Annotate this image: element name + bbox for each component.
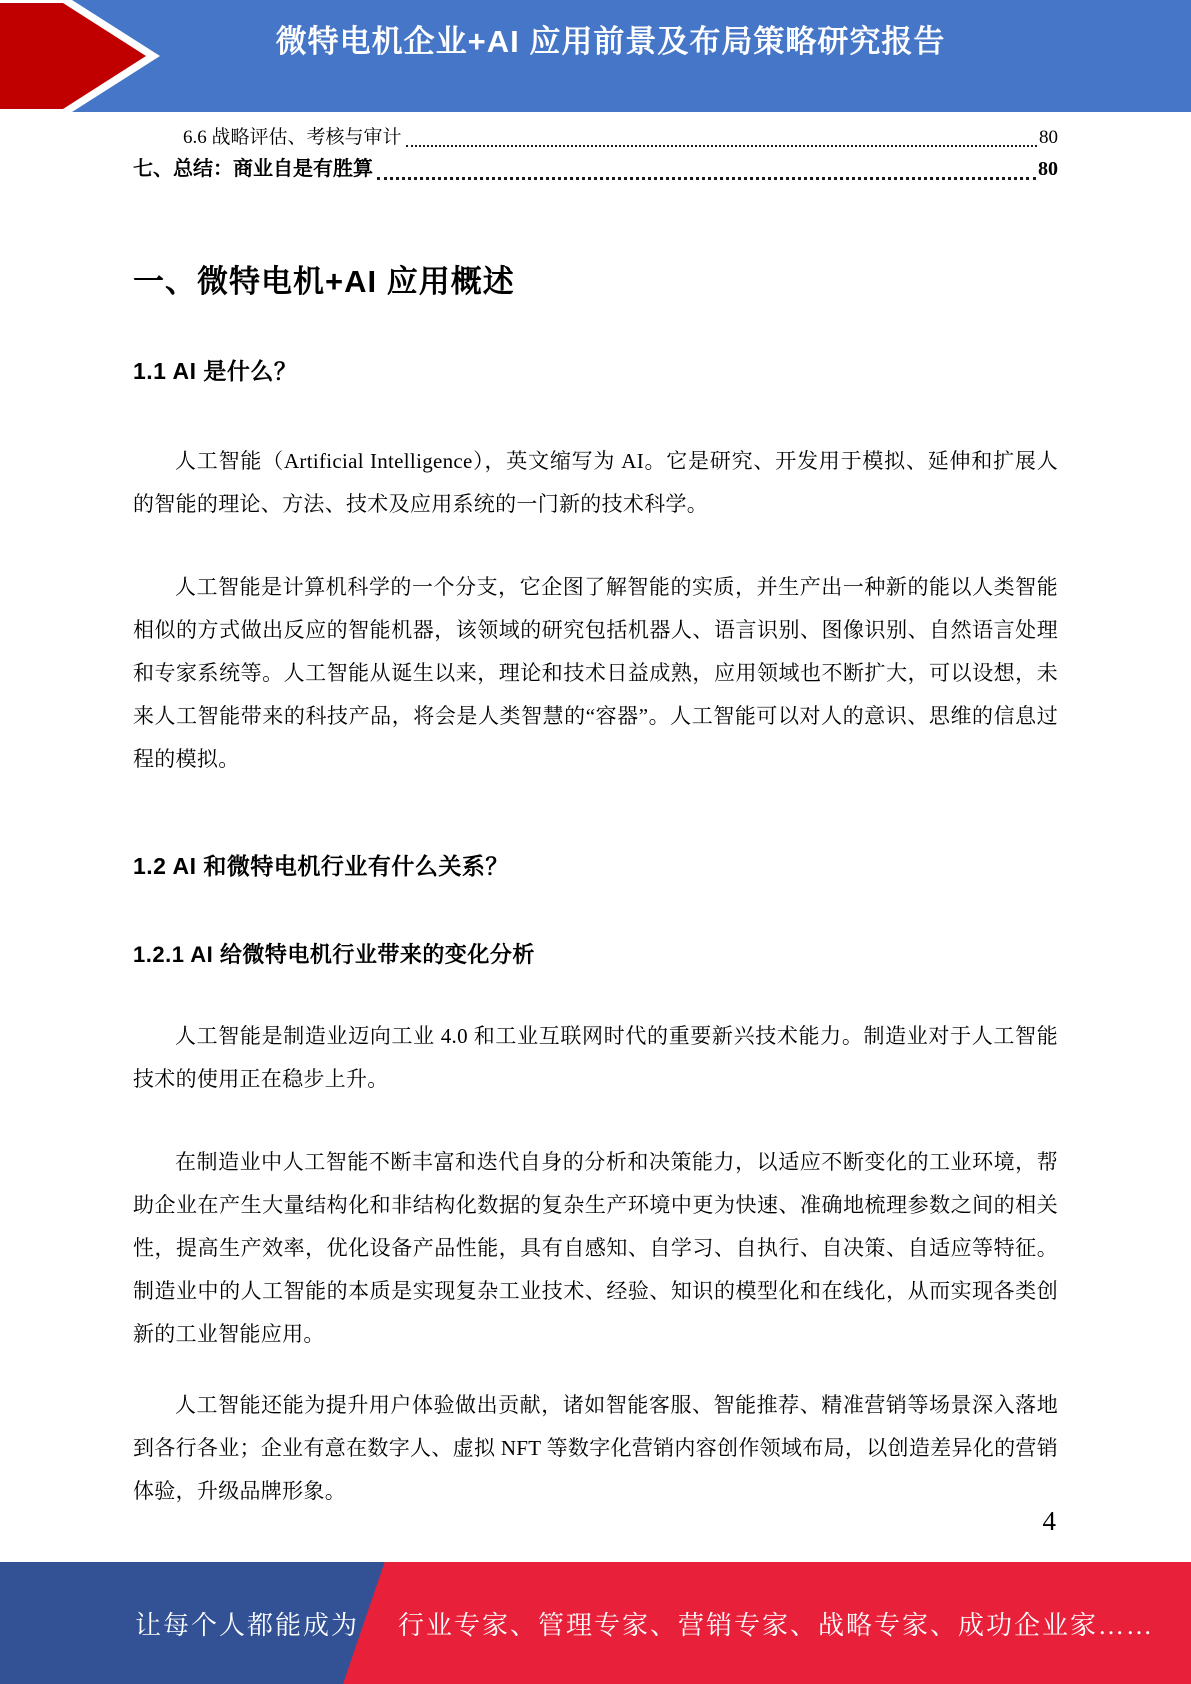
paragraph: 人工智能（Artificial Intelligence），英文缩写为 AI。它… [133, 440, 1058, 526]
toc-entry-page: 80 [1038, 152, 1058, 186]
paragraph: 人工智能是计算机科学的一个分支，它企图了解智能的实质，并生产出一种新的能以人类智… [133, 566, 1058, 781]
toc-entry-page: 80 [1039, 124, 1058, 152]
toc: 6.6 战略评估、考核与审计 80 七、总结：商业自是有胜算 80 [0, 112, 1191, 186]
toc-entry-label: 6.6 战略评估、考核与审计 [183, 124, 402, 152]
report-page: 微特电机企业+AI 应用前景及布局策略研究报告 6.6 战略评估、考核与审计 8… [0, 0, 1191, 1684]
section-heading-1-2: 1.2 AI 和微特电机行业有什么关系？ [133, 849, 1058, 883]
paragraph: 在制造业中人工智能不断丰富和迭代自身的分析和决策能力，以适应不断变化的工业环境，… [133, 1141, 1058, 1356]
chapter-heading: 一、微特电机+AI 应用概述 [133, 260, 1058, 304]
toc-leader-dots [406, 145, 1037, 147]
header-banner: 微特电机企业+AI 应用前景及布局策略研究报告 [0, 0, 1191, 112]
toc-entry[interactable]: 七、总结：商业自是有胜算 80 [133, 152, 1058, 186]
page-number: 4 [1043, 1506, 1057, 1537]
toc-leader-dots [377, 177, 1036, 180]
red-arrow-icon [0, 0, 162, 112]
toc-entry-label: 七、总结：商业自是有胜算 [133, 152, 373, 186]
footer-slogan-left: 让每个人都能成为 [135, 1562, 359, 1684]
paragraph: 人工智能是制造业迈向工业 4.0 和工业互联网时代的重要新兴技术能力。制造业对于… [133, 1015, 1058, 1101]
toc-entry[interactable]: 6.6 战略评估、考核与审计 80 [133, 124, 1058, 152]
subsection-heading-1-2-1: 1.2.1 AI 给微特电机行业带来的变化分析 [133, 939, 1058, 971]
document-body: 一、微特电机+AI 应用概述 1.1 AI 是什么？ 人工智能（Artifici… [0, 260, 1191, 1513]
report-title: 微特电机企业+AI 应用前景及布局策略研究报告 [160, 0, 1061, 76]
paragraph: 人工智能还能为提升用户体验做出贡献，诸如智能客服、智能推荐、精准营销等场景深入落… [133, 1384, 1058, 1513]
footer-banner: 让每个人都能成为 行业专家、管理专家、营销专家、战略专家、成功企业家…… [0, 1562, 1191, 1684]
footer-slogan-right: 行业专家、管理专家、营销专家、战略专家、成功企业家…… [398, 1562, 1154, 1684]
section-heading-1-1: 1.1 AI 是什么？ [133, 354, 1058, 388]
